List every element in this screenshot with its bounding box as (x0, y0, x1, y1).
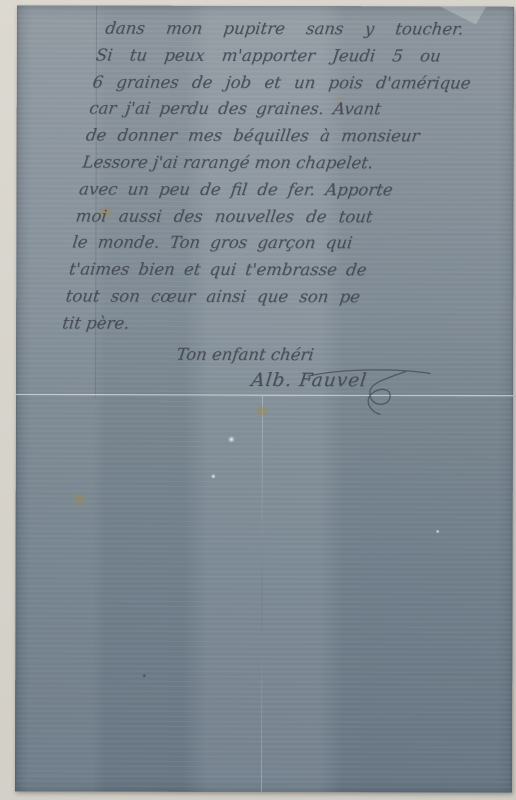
handwriting-line: t'aimes bien et qui t'embrasse de (67, 257, 482, 285)
stain (73, 492, 86, 506)
handwriting-line: Lessore j'ai rarangé mon chapelet. (81, 150, 496, 178)
handwriting-line: de donner mes béquilles à monsieur (84, 123, 499, 151)
letter-photograph: dans mon pupitre sans y toucher. Si tu p… (0, 0, 516, 800)
handwriting-line: 6 graines de job et un pois d'amérique (91, 69, 506, 97)
handwriting-line: le monde. Ton gros garçon qui (71, 230, 486, 258)
handwriting-line: car j'ai perdu des graines. Avant (88, 96, 503, 124)
letter-text: dans mon pupitre sans y toucher. Si tu p… (54, 16, 513, 395)
handwriting-line: dans mon pupitre sans y toucher. (98, 16, 513, 44)
letter-paper: dans mon pupitre sans y toucher. Si tu p… (15, 5, 514, 792)
handwriting-line: moi aussi des nouvelles de tout (74, 203, 489, 231)
stain (211, 474, 216, 479)
stain (256, 405, 268, 417)
handwriting-line: tout son cœur ainsi que son pe (64, 283, 479, 311)
signature-flourish (306, 364, 436, 419)
stain (436, 529, 440, 533)
stain (228, 436, 235, 443)
stain (142, 674, 146, 678)
handwriting-line: tit père. (61, 310, 476, 338)
handwriting-line: avec un peu de fil de fer. Apporte (77, 176, 492, 204)
handwriting-line: Si tu peux m'apporter Jeudi 5 ou (94, 42, 509, 70)
